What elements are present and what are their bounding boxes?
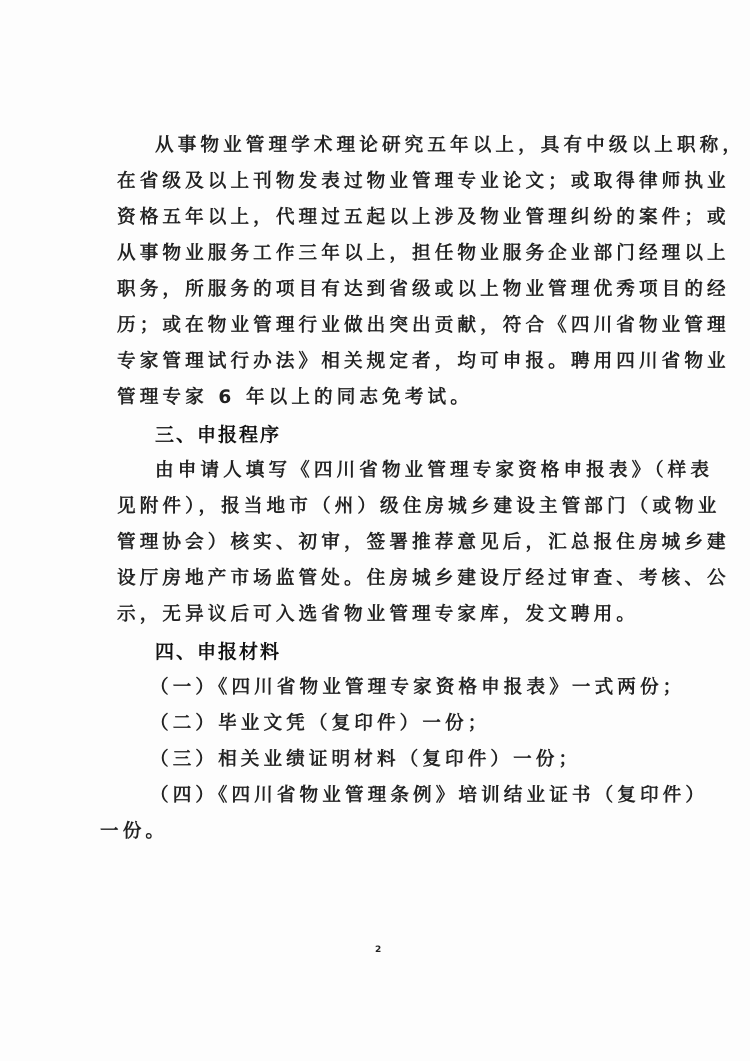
- list-item: （一）《四川省物业管理专家资格申报表》一式两份；: [150, 676, 685, 700]
- paragraph-line: 职务，所服务的项目有达到省级或以上物业管理优秀项目的经: [117, 278, 730, 302]
- paragraph-line: 从事物业服务工作三年以上，担任物业服务企业部门经理以上: [117, 242, 730, 266]
- paragraph-line: 历；或在物业管理行业做出突出贡献，符合《四川省物业管理: [117, 314, 730, 338]
- section-heading-materials: 四、申报材料: [155, 640, 281, 664]
- document-page: 从事物业管理学术理论研究五年以上，具有中级以上职称， 在省级及以上刊物发表过物业…: [0, 0, 750, 1061]
- section-heading-procedure: 三、申报程序: [155, 423, 281, 447]
- paragraph-line: 专家管理试行办法》相关规定者，均可申报。聘用四川省物业: [117, 350, 730, 374]
- paragraph-line: 在省级及以上刊物发表过物业管理专业论文；或取得律师执业: [117, 170, 730, 194]
- list-item: （三）相关业绩证明材料（复印件）一份；: [150, 748, 581, 772]
- paragraph-line: 管理协会）核实、初审，签署推荐意见后，汇总报住房城乡建: [117, 531, 730, 555]
- paragraph-line: 管理专家 6 年以上的同志免考试。: [117, 386, 473, 410]
- paragraph-line: 从事物业管理学术理论研究五年以上，具有中级以上职称，: [155, 134, 745, 158]
- paragraph-line: 见附件），报当地市（州）级住房城乡建设主管部门（或物业: [117, 495, 720, 519]
- paragraph-line: 设厅房地产市场监管处。住房城乡建设厅经过审查、考核、公: [117, 567, 730, 591]
- paragraph-line: 示，无异议后可入选省物业管理专家库，发文聘用。: [117, 603, 639, 627]
- list-item-continuation: 一份。: [100, 820, 168, 844]
- paragraph-line: 资格五年以上，代理过五起以上涉及物业管理纠纷的案件；或: [117, 206, 730, 230]
- list-item: （二）毕业文凭（复印件）一份；: [150, 712, 490, 736]
- paragraph-line: 由申请人填写《四川省物业管理专家资格申报表》（样表: [155, 459, 713, 483]
- list-item: （四）《四川省物业管理条例》培训结业证书（复印件）: [150, 784, 708, 808]
- page-number: 2: [375, 945, 381, 955]
